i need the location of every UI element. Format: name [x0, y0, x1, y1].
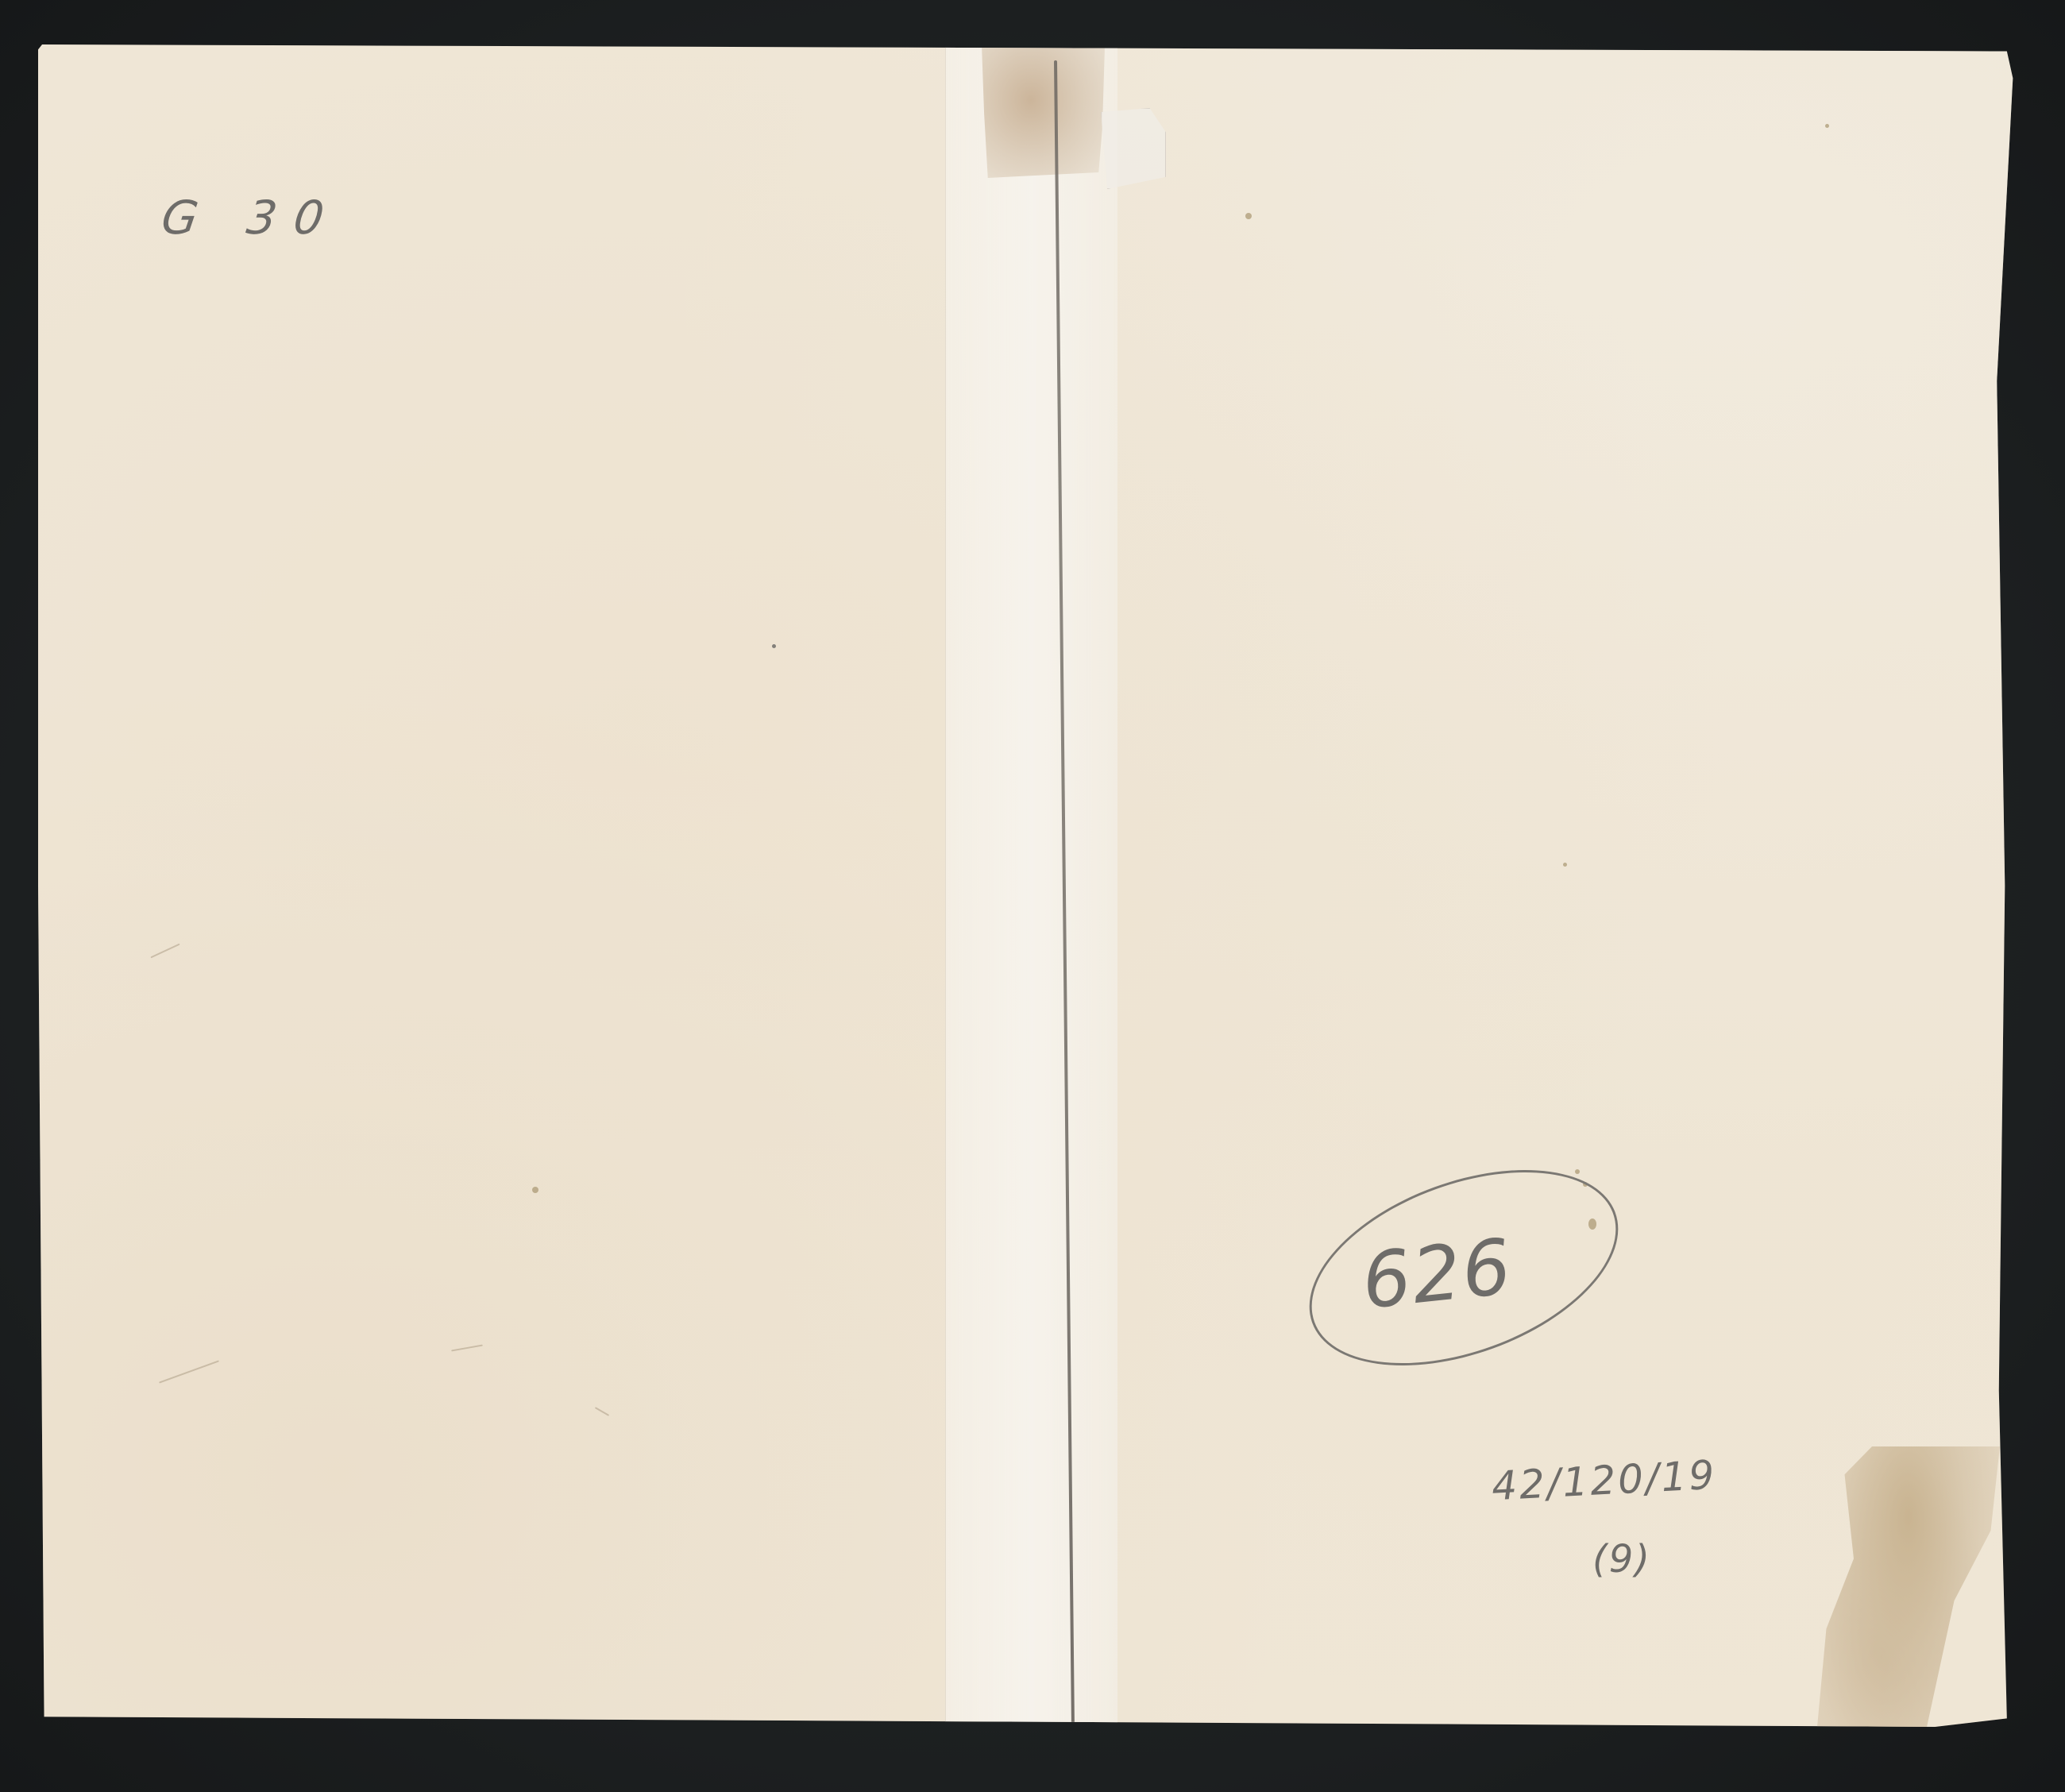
tape-residue-bottom-right: [1817, 1446, 2000, 1727]
foxing-spot: [1245, 213, 1252, 219]
foxing-spot: [1575, 1169, 1580, 1174]
paper-fiber: [451, 1345, 483, 1352]
central-mounting-strip: [945, 44, 1117, 1727]
pencil-note-inventory-sub: (9): [1592, 1537, 1651, 1582]
tape-residue-top: [982, 44, 1105, 183]
foxing-spot: [772, 644, 776, 648]
foxing-spot: [532, 1187, 538, 1193]
paper-sheet: [38, 44, 2035, 1727]
pencil-note-top-left: G 30: [158, 191, 345, 245]
paper-fiber: [159, 1360, 219, 1383]
pencil-note-oval-number: 626: [1358, 1222, 1517, 1326]
foxing-spot: [1825, 124, 1829, 128]
tape-piece-top: [1101, 108, 1166, 189]
foxing-spot: [1563, 863, 1567, 867]
paper-fiber: [150, 944, 179, 959]
paper-fiber: [595, 1407, 609, 1416]
